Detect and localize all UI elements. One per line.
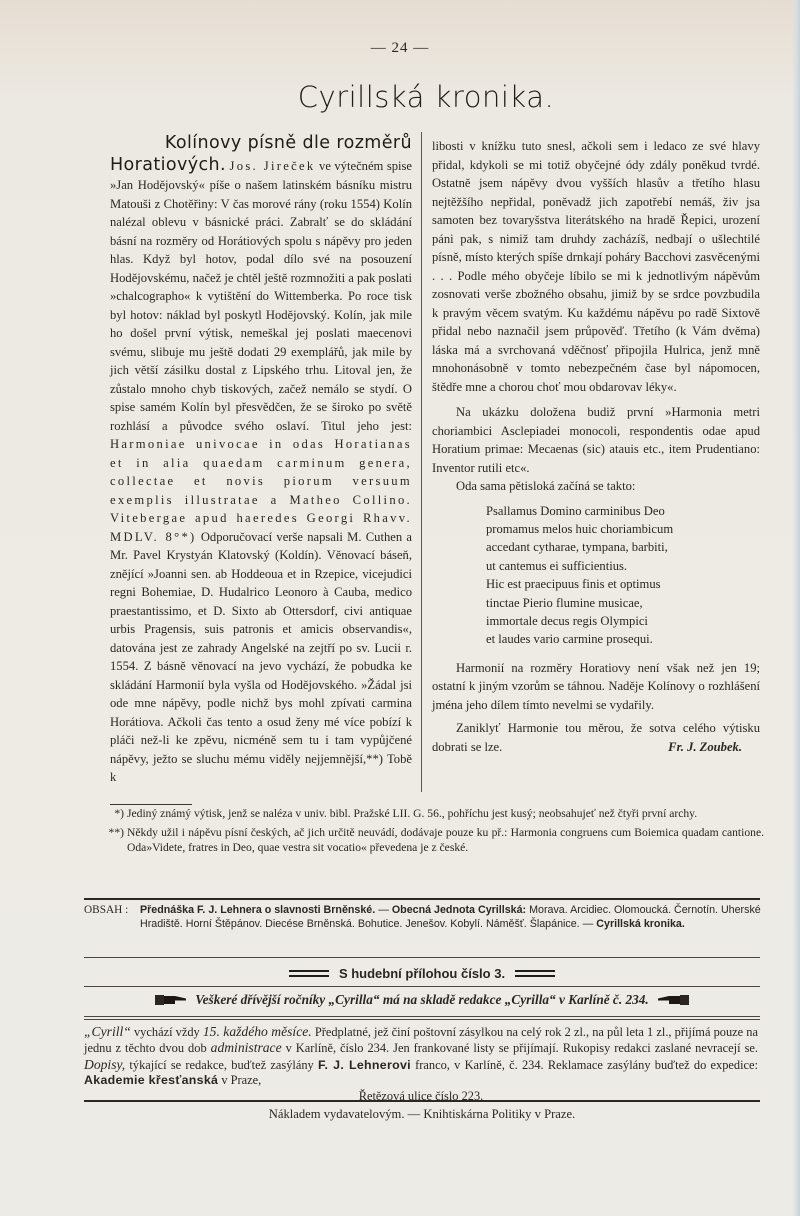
- contents-item: Přednáška F. J. Lehnera o slavnosti Brně…: [140, 904, 375, 916]
- poem-line: Hic est praecipuus finis et optimus: [486, 575, 760, 593]
- text: týkající se redakce, buďtež zasýlány: [125, 1058, 318, 1072]
- article-heading-line1: Kolínovy písně dle rozměrů: [110, 132, 412, 154]
- footnote: *) Jediný známý výtisk, jenž se naléza v…: [106, 806, 764, 822]
- divider: [84, 986, 760, 987]
- pointing-hand-right-icon: [155, 994, 187, 1006]
- supplement-text: S hudební přílohou číslo 3.: [339, 966, 505, 981]
- poem-line: Psallamus Domino carminibus Deo: [486, 502, 760, 520]
- article-paragraph: Oda sama pětisloká začíná se takto:: [432, 477, 760, 496]
- author-signature: Fr. J. Zoubek.: [644, 738, 742, 757]
- article-paragraph: libosti v knížku tuto snesl, ačkoli sem …: [432, 137, 760, 396]
- poem-line: ut cantemus ei sufficientius.: [486, 557, 760, 575]
- double-bar-ornament: [515, 970, 555, 977]
- journal-name: „Cyrill“: [84, 1024, 131, 1039]
- latin-title: Harmoniae univocae in odas Horatianas et…: [110, 437, 412, 544]
- text: 15. každého měsíce.: [203, 1024, 312, 1039]
- contents-text: Přednáška F. J. Lehnera o slavnosti Brně…: [140, 903, 764, 931]
- music-supplement-banner: S hudební přílohou číslo 3.: [84, 966, 760, 981]
- subscription-info: „Cyrill“ vychází vždy 15. každého měsíce…: [84, 1024, 758, 1104]
- double-bar-ornament: [289, 970, 329, 977]
- page-edge: [792, 0, 800, 1216]
- poem-line: accedant cytharae, tympana, barbiti,: [486, 538, 760, 556]
- poem-line: tinctae Pierio flumine musicae,: [486, 594, 760, 612]
- text: v Praze,: [218, 1073, 261, 1087]
- page-number: — 24 —: [0, 40, 800, 57]
- column-divider: [421, 132, 422, 792]
- footnote-text: Někdy užil i nápěvu písní českých, ač ji…: [127, 825, 764, 856]
- editor-name: F. J. Lehnerovi: [318, 1058, 411, 1072]
- article-paragraph: Na ukázku doložena budiž první »Harmonia…: [432, 403, 760, 477]
- divider: [84, 1019, 760, 1020]
- contents-item: Obecná Jednota Cyrillská:: [392, 904, 526, 916]
- article-paragraph: Odporučovací verše napsali M. Cuthen a M…: [110, 530, 412, 785]
- text: franco, v Karlíně, č. 234. Reklamace zas…: [411, 1058, 758, 1072]
- divider: [84, 1100, 760, 1102]
- footnote-text: Jediný známý výtisk, jenž se naléza v un…: [127, 806, 764, 822]
- divider: [84, 957, 760, 958]
- poem-line: promamus melos huic choriambicum: [486, 520, 760, 538]
- text: v Karlíně, číslo 234. Jen frankované lis…: [282, 1041, 758, 1055]
- publisher-name: Akademie křesťanská: [84, 1073, 218, 1087]
- article-paragraph: ve výtečném spise »Jan Hodějovský« píše …: [110, 159, 412, 433]
- text: Dopisy,: [84, 1057, 125, 1072]
- article-left-column: Kolínovy písně dle rozměrů Horatiových. …: [110, 132, 412, 787]
- pointing-hand-left-icon: [657, 994, 689, 1006]
- page-title: Cyrillská kronika.: [0, 80, 800, 114]
- footnotes: *) Jediný známý výtisk, jenž se naléza v…: [106, 806, 764, 859]
- footnote-mark: *): [106, 806, 127, 822]
- divider: [84, 1016, 760, 1017]
- text: administrace: [211, 1040, 282, 1055]
- footnote: **) Někdy užil i nápěvu písní českých, a…: [106, 825, 764, 856]
- divider: [84, 898, 760, 900]
- text: vychází vždy: [131, 1025, 203, 1039]
- poem-line: immortale decus regis Olympici: [486, 612, 760, 630]
- article-heading-line2: Horatiových.: [110, 155, 226, 175]
- article-paragraph: Zaniklyť Harmonie tou měrou, že sotva ce…: [432, 719, 760, 756]
- newspaper-page: — 24 — Cyrillská kronika. Kolínovy písně…: [0, 0, 800, 1216]
- contents-item: Cyrillská kronika.: [596, 918, 685, 930]
- latin-poem: Psallamus Domino carminibus Deopromamus …: [456, 502, 760, 649]
- article-paragraph: Harmonií na rozměry Horatiovy není však …: [432, 659, 760, 715]
- article-author: Jos. Jireček: [230, 159, 316, 173]
- article-right-column: libosti v knížku tuto snesl, ačkoli sem …: [432, 137, 760, 756]
- footnote-rule: [110, 804, 192, 805]
- table-of-contents: OBSAH : Přednáška F. J. Lehnera o slavno…: [84, 903, 764, 931]
- footnote-mark: **): [106, 825, 127, 856]
- poem-line: et laudes vario carmine prosequi.: [486, 630, 760, 648]
- imprint: Nákladem vydavatelovým. — Knihtiskárna P…: [0, 1107, 800, 1122]
- back-issues-notice: Veškeré dřívější ročníky „Cyrilla“ má na…: [84, 992, 760, 1008]
- notice-text: Veškeré dřívější ročníky „Cyrilla“ má na…: [195, 992, 649, 1008]
- contents-label: OBSAH :: [84, 903, 140, 931]
